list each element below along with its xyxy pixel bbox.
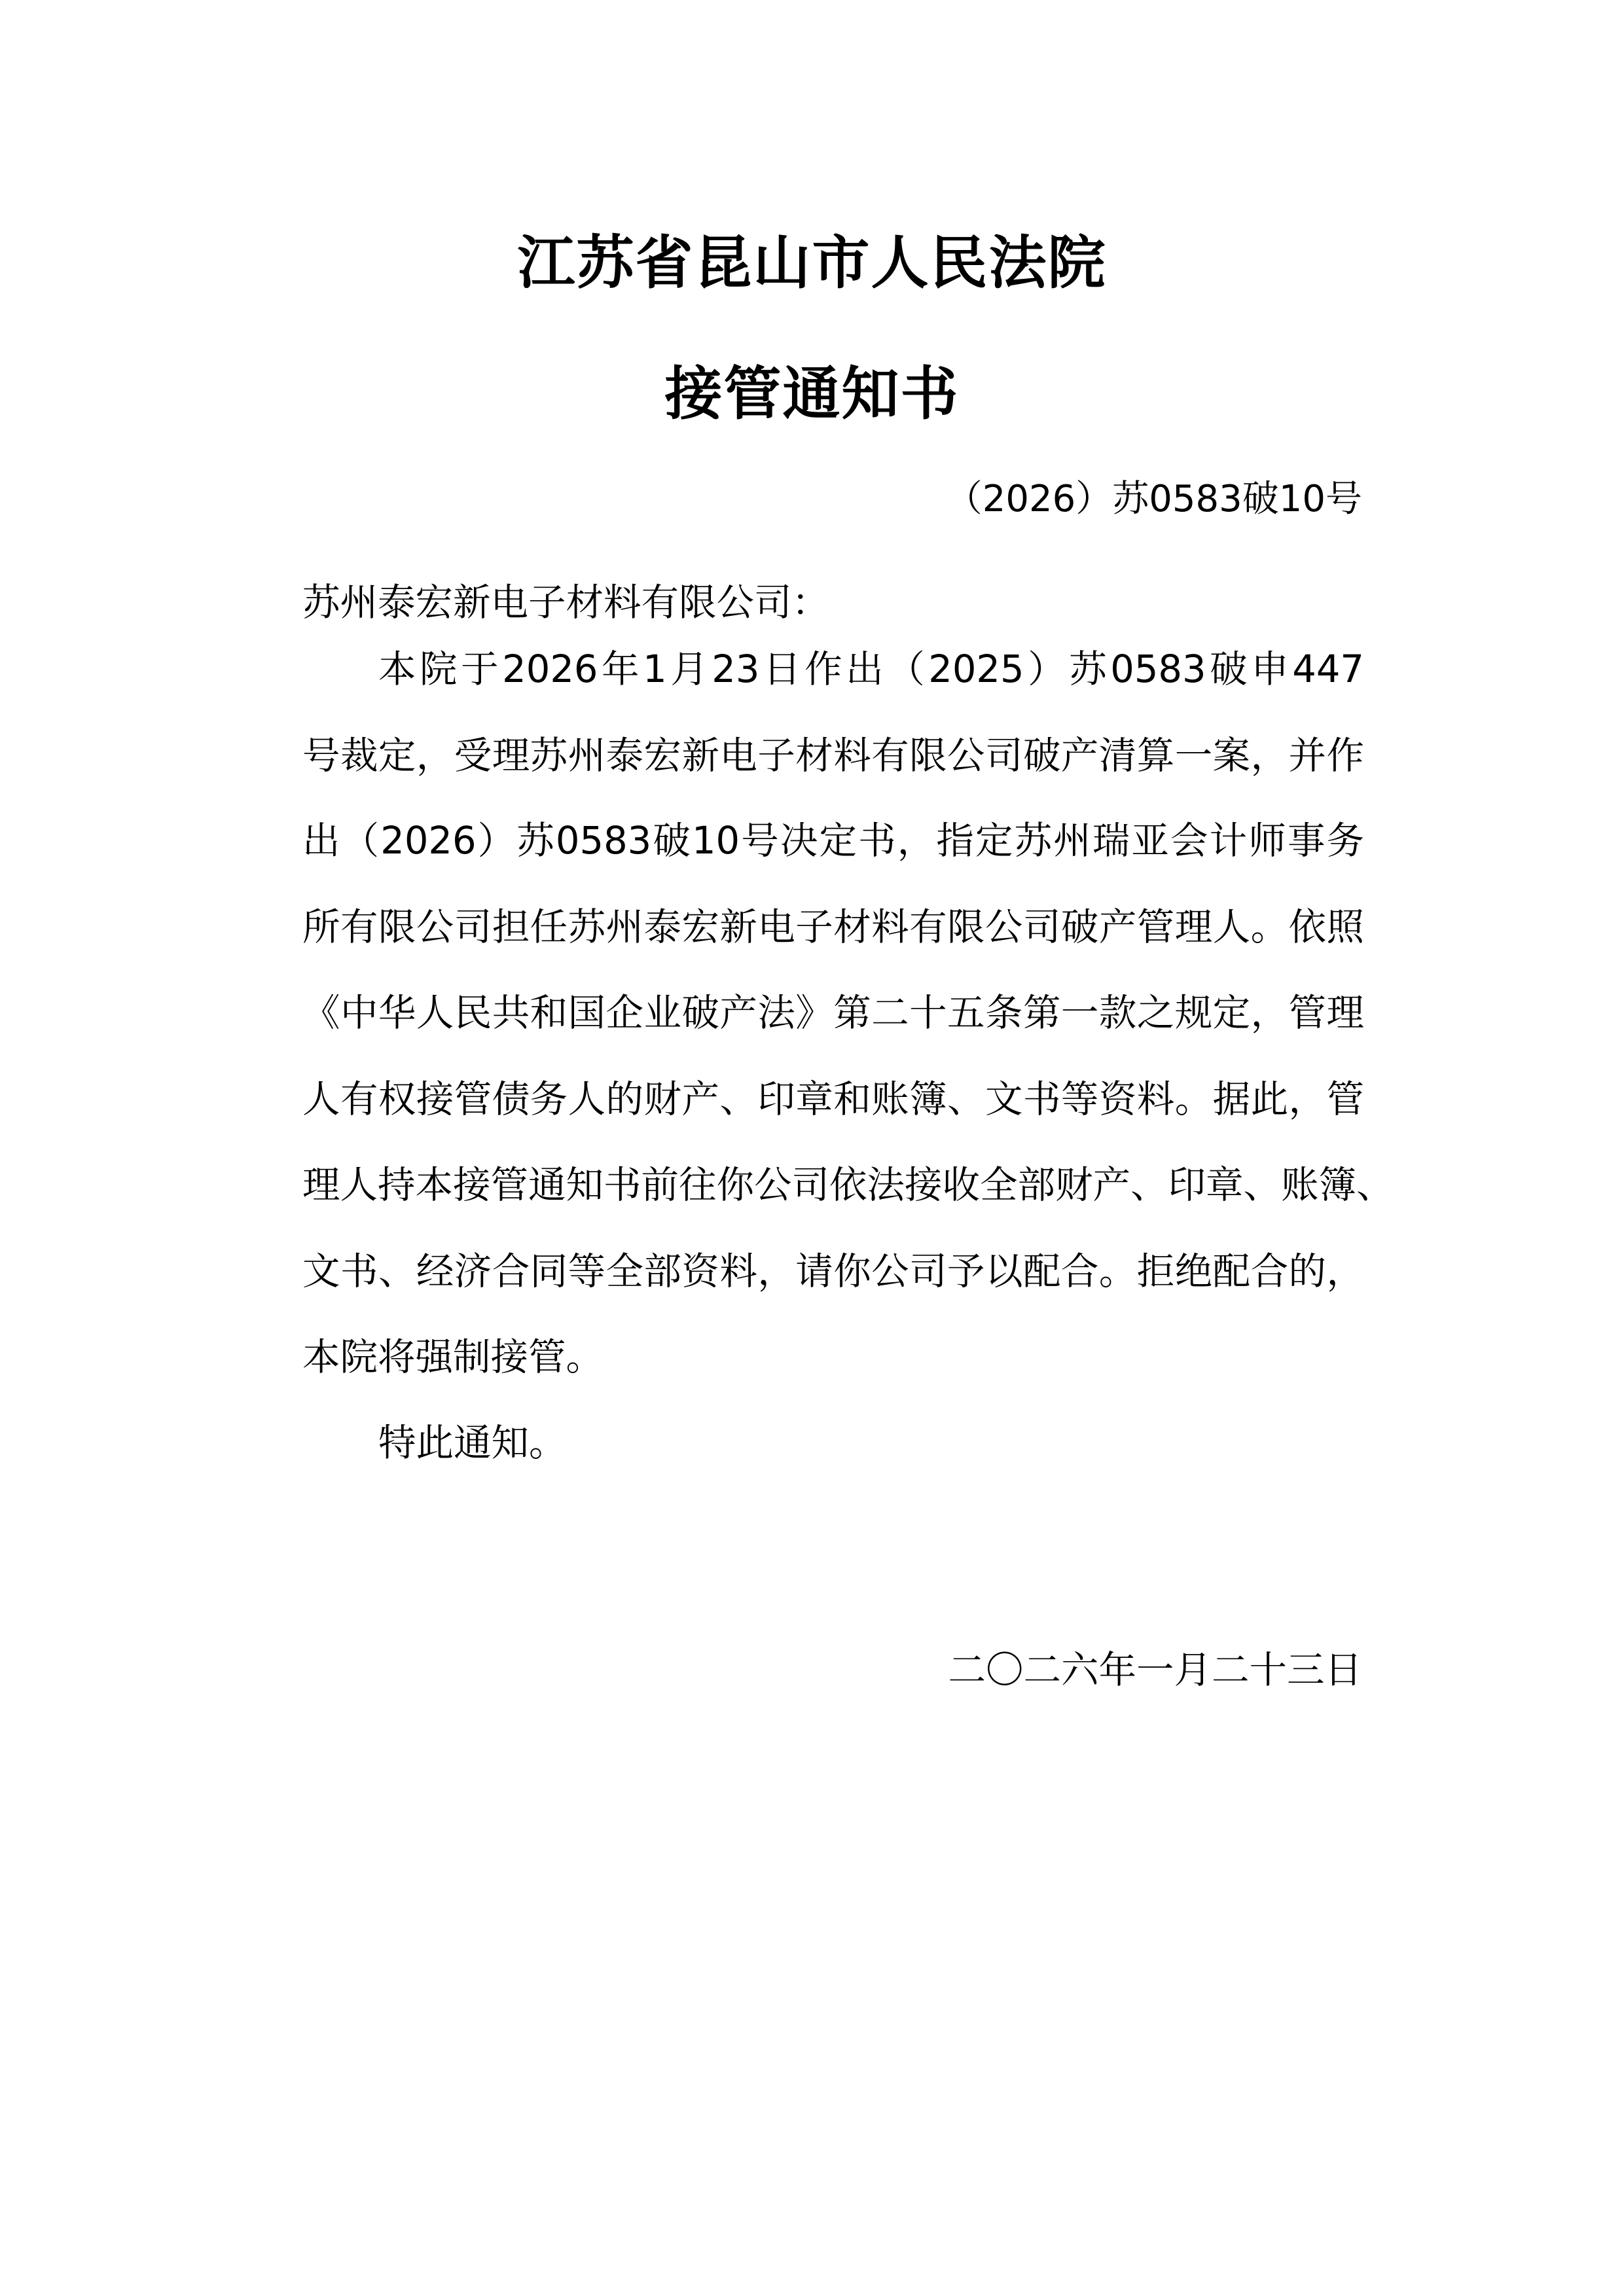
body-line: 出（2026）苏0583破10号决定书，指定苏州瑞亚会计师事务 (302, 818, 1364, 864)
body-line: 本院于2026年1月23日作出（2025）苏0583破申447 (378, 647, 1364, 692)
body-line: 号裁定，受理苏州泰宏新电子材料有限公司破产清算一案，并作 (302, 733, 1364, 779)
issue-date: 二〇二六年一月二十三日 (948, 1647, 1363, 1693)
body-line: 人有权接管债务人的财产、印章和账簿、文书等资料。据此，管 (302, 1077, 1364, 1122)
document-page: 江苏省昆山市人民法院 接管通知书 （2026）苏0583破10号 苏州泰宏新电子… (0, 0, 1624, 2296)
body-line: 文书、经济合同等全部资料，请你公司予以配合。拒绝配合的， (302, 1249, 1364, 1295)
addressee: 苏州泰宏新电子材料有限公司： (302, 560, 1364, 646)
document-title: 接管通知书 (0, 361, 1624, 427)
court-name-heading: 江苏省昆山市人民法院 (0, 230, 1624, 296)
closing-statement: 特此通知。 (378, 1420, 567, 1466)
body-line: 理人持本接管通知书前往你公司依法接收全部财产、印章、账簿、 (302, 1162, 1364, 1208)
body-line: 本院将强制接管。 (302, 1335, 1364, 1380)
body-line: 《中华人民共和国企业破产法》第二十五条第一款之规定，管理 (302, 990, 1364, 1036)
body-line: 所有限公司担任苏州泰宏新电子材料有限公司破产管理人。依照 (302, 905, 1364, 950)
case-number: （2026）苏0583破10号 (946, 476, 1362, 522)
